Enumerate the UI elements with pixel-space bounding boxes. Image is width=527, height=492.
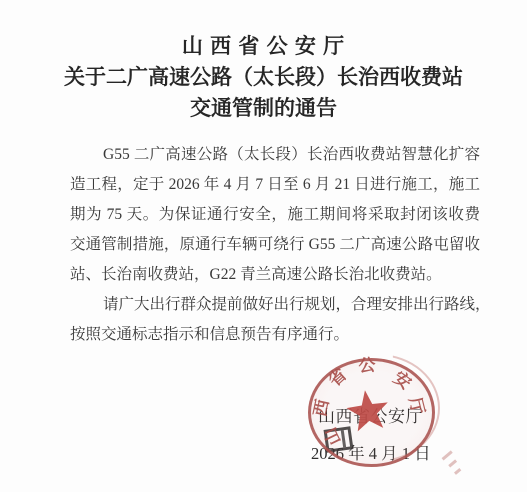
body-line: 请广大出行群众提前做好出行规划，合理安排出行路线， xyxy=(70,290,480,320)
notice-title-line-1: 关于二广高速公路（太长段）长治西收费站 xyxy=(0,61,527,91)
ink-speckle xyxy=(442,450,453,460)
body-line: 站、长治南收费站，G22 青兰高速公路长治北收费站。 xyxy=(70,260,480,290)
notice-paragraph-2: 请广大出行群众提前做好出行规划，合理安排出行路线， 按照交通标志指示和信息预告有… xyxy=(70,290,480,350)
notice-body: G55 二广高速公路（太长段）长治西收费站智慧化扩容改 造工程，定于 2026 … xyxy=(70,140,480,350)
red-star-icon xyxy=(342,387,394,437)
seal-arc-char: 公 xyxy=(357,356,376,375)
body-line: G55 二广高速公路（太长段）长治西收费站智慧化扩容改 xyxy=(70,140,480,170)
seal-arc-char: 西 xyxy=(311,397,332,418)
body-line: 期为 75 天。为保证通行安全，施工期间将采取封闭该收费站的 xyxy=(70,200,480,230)
ink-speckle xyxy=(454,468,461,474)
body-line: 按照交通标志指示和信息预告有序通行。 xyxy=(70,320,480,350)
notice-document: 山 西 省 公 安 厅 关于二广高速公路（太长段）长治西收费站 交通管制的通告 … xyxy=(0,0,527,492)
notice-paragraph-1: G55 二广高速公路（太长段）长治西收费站智慧化扩容改 造工程，定于 2026 … xyxy=(70,140,480,290)
body-line: 交通管制措施，原通行车辆可绕行 G55 二广高速公路屯留收费 xyxy=(70,230,480,260)
body-line: 造工程，定于 2026 年 4 月 7 日至 6 月 21 日进行施工，施工周 xyxy=(70,170,480,200)
agency-title: 山 西 省 公 安 厅 xyxy=(0,30,527,60)
notice-title-line-2: 交通管制的通告 xyxy=(0,92,527,122)
ink-speckle xyxy=(448,459,457,467)
official-seal: 山 西 省 公 安 厅 xyxy=(308,358,436,468)
